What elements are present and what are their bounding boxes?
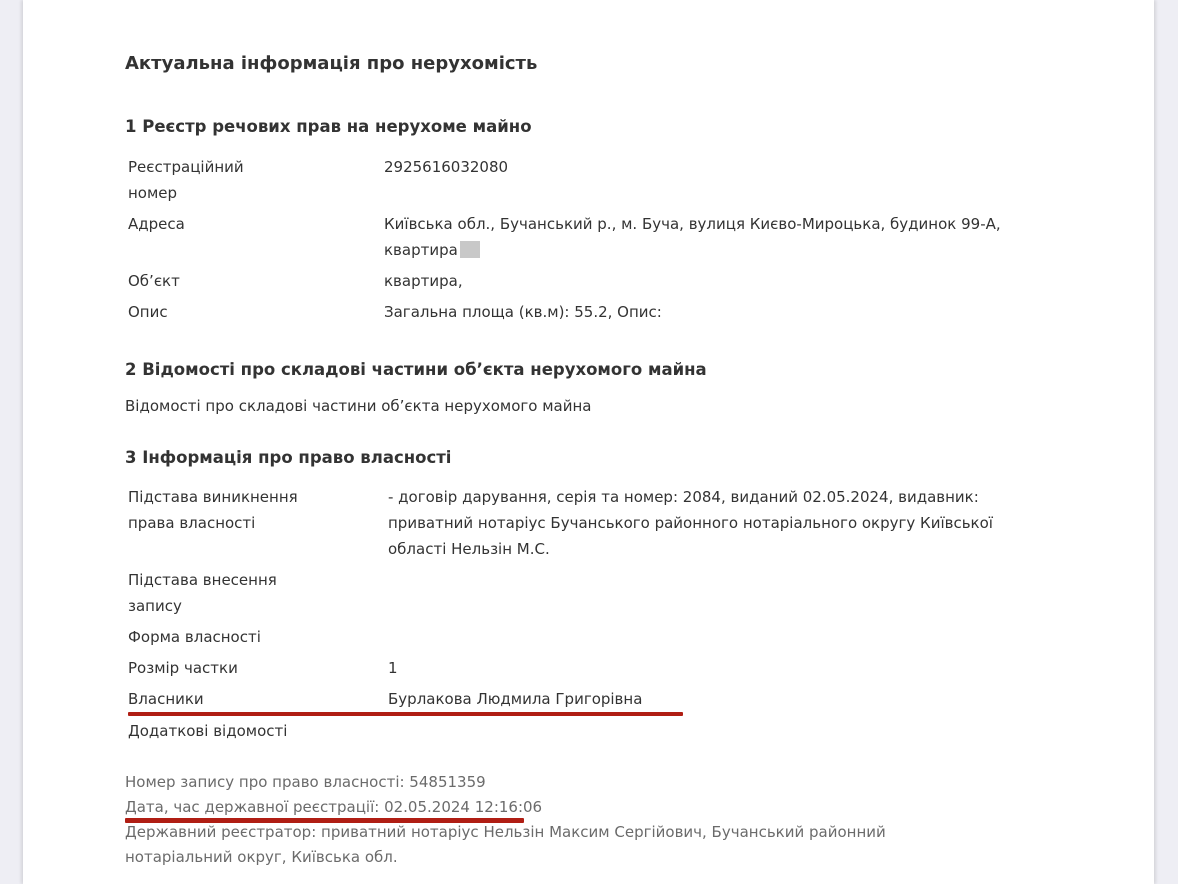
field-value: Загальна площа (кв.м): 55.2, Опис: bbox=[384, 299, 1054, 325]
field-label: Об’єкт bbox=[128, 268, 308, 294]
field-value: квартира, bbox=[384, 268, 1054, 294]
field-value: 1 bbox=[388, 655, 1058, 681]
field-label: Розмір частки bbox=[128, 655, 308, 681]
registrar-continued: нотаріальний округ, Київська обл. bbox=[125, 845, 398, 870]
field-value: - договір дарування, серія та номер: 208… bbox=[388, 484, 1048, 562]
record-number: Номер запису про право власності: 548513… bbox=[125, 770, 486, 795]
registrar: Державний реєстратор: приватний нотаріус… bbox=[125, 820, 886, 845]
document-page: Актуальна інформація про нерухомість 1 Р… bbox=[23, 0, 1154, 884]
field-value-address: Київська обл., Бучанський р., м. Буча, в… bbox=[384, 211, 1044, 263]
owner-highlight-underline bbox=[128, 712, 683, 716]
field-label: Підстава виникнення права власності bbox=[128, 484, 318, 536]
section-2-text: Відомості про складові частини об’єкта н… bbox=[125, 393, 591, 419]
section-3-heading: 3 Інформація про право власності bbox=[125, 448, 451, 467]
registration-datetime: Дата, час державної реєстрації: 02.05.20… bbox=[125, 795, 542, 820]
field-value: 2925616032080 bbox=[384, 154, 1054, 180]
section-2-heading: 2 Відомості про складові частини об’єкта… bbox=[125, 360, 707, 379]
field-value-owner-name: Бурлакова Людмила Григорівна bbox=[388, 686, 1058, 712]
field-label: Адреса bbox=[128, 211, 308, 237]
field-label: Додаткові відомості bbox=[128, 718, 328, 744]
section-1-heading: 1 Реєстр речових прав на нерухоме майно bbox=[125, 117, 532, 136]
field-label: Підстава внесення запису bbox=[128, 567, 318, 619]
field-label: Форма власності bbox=[128, 624, 328, 650]
page-title: Актуальна інформація про нерухомість bbox=[125, 53, 537, 74]
field-label: Реєстраційний номер bbox=[128, 154, 278, 206]
field-label: Опис bbox=[128, 299, 308, 325]
redacted-block bbox=[460, 241, 480, 258]
field-label: Власники bbox=[128, 686, 308, 712]
